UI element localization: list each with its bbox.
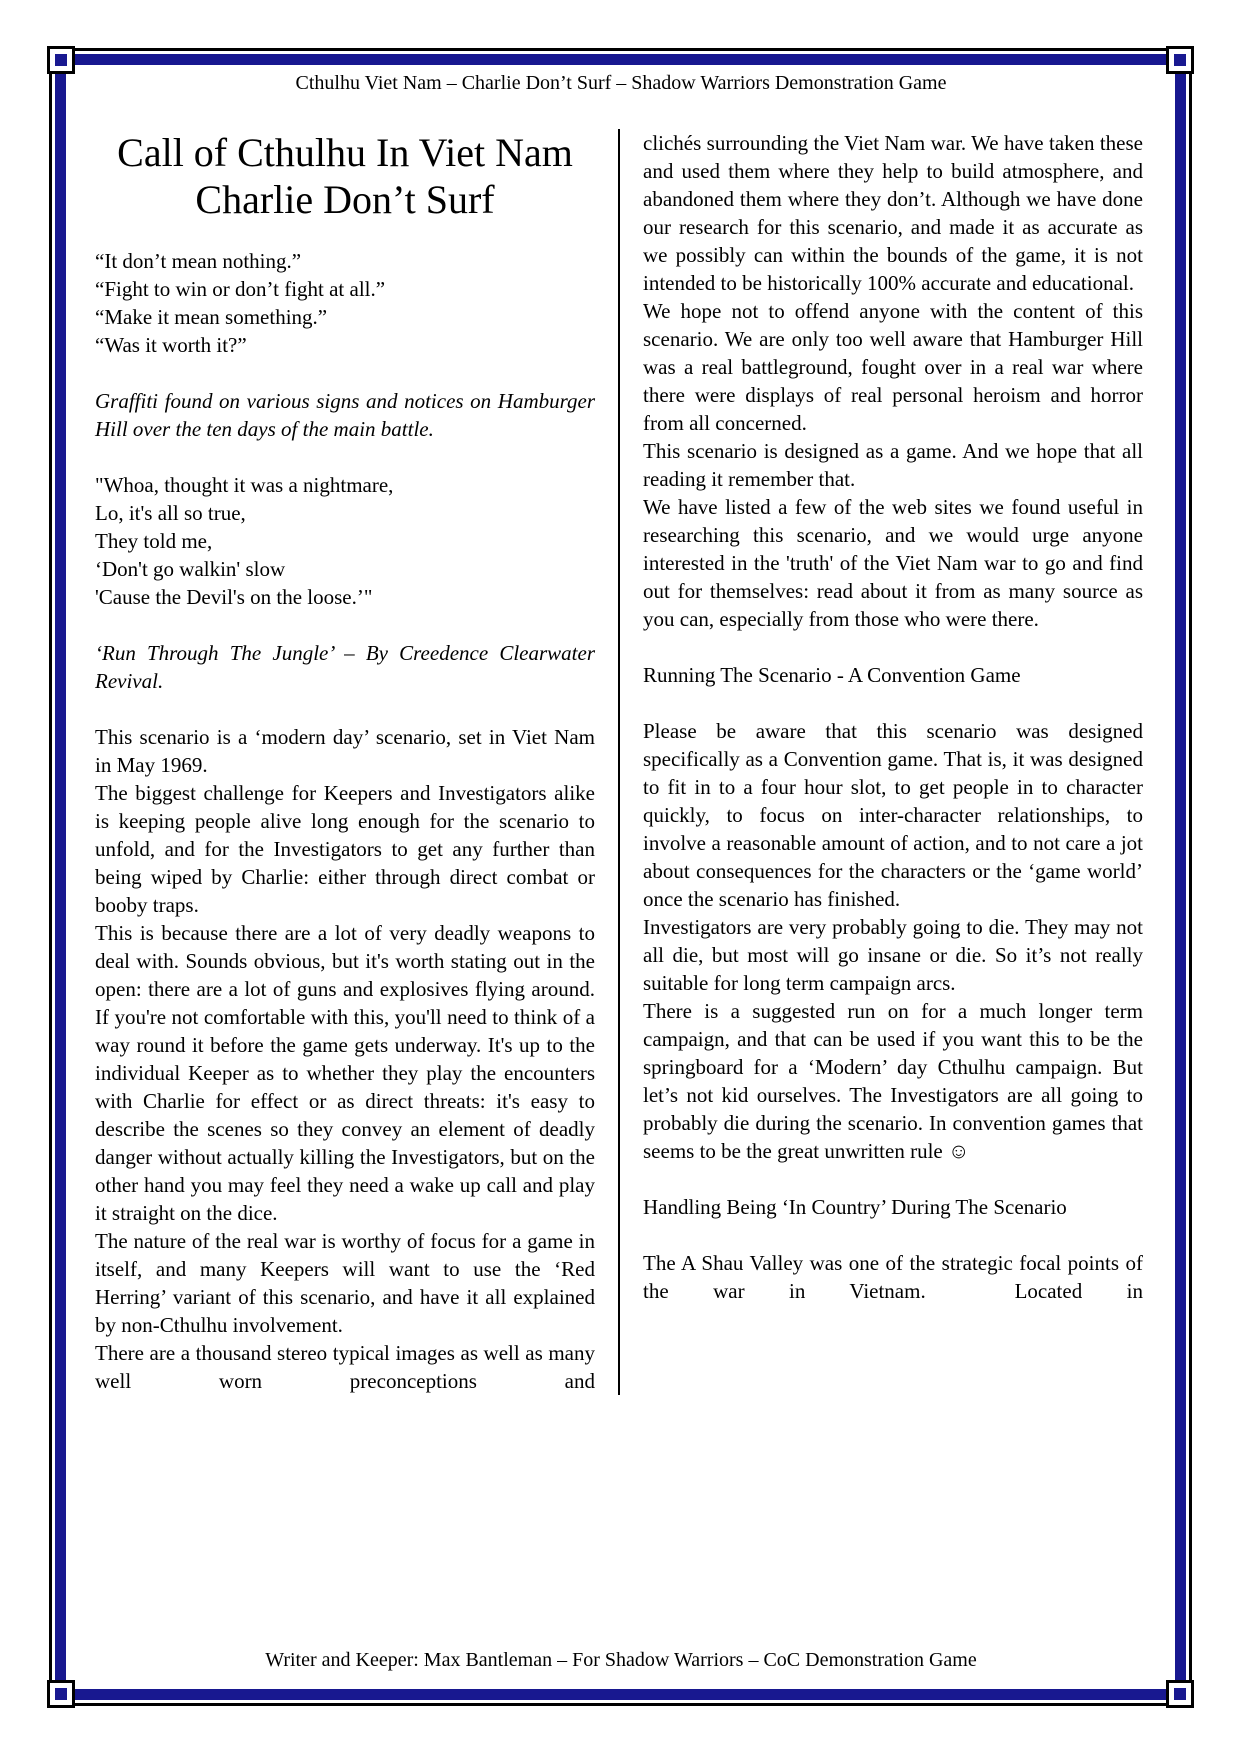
blank-line [643, 1221, 1143, 1249]
song-lyric-line: "Whoa, thought it was a nightmare, [95, 471, 595, 499]
border-corner-ornament-top-left [47, 46, 75, 74]
document-title-line2: Charlie Don’t Surf [95, 176, 595, 223]
blank-line [95, 695, 595, 723]
document-title-line1: Call of Cthulhu In Viet Nam [95, 129, 595, 176]
graffiti-caption: Graffiti found on various signs and noti… [95, 387, 595, 443]
graffiti-quote-line: “Make it mean something.” [95, 303, 595, 331]
paragraph: This scenario is designed as a game. And… [643, 437, 1143, 493]
blank-line [643, 689, 1143, 717]
paragraph: The A Shau Valley was one of the strateg… [643, 1249, 1143, 1305]
right-column: clichés surrounding the Viet Nam war. We… [643, 129, 1143, 1395]
page-footer: Writer and Keeper: Max Bantleman – For S… [0, 1648, 1242, 1672]
border-corner-ornament-top-right [1166, 46, 1194, 74]
graffiti-quote-line: “Was it worth it?” [95, 331, 595, 359]
section-heading-handling-in-country: Handling Being ‘In Country’ During The S… [643, 1193, 1143, 1221]
paragraph: Investigators are very probably going to… [643, 913, 1143, 997]
blank-line [95, 611, 595, 639]
graffiti-quote-line: “It don’t mean nothing.” [95, 247, 595, 275]
document-body: Call of Cthulhu In Viet Nam Charlie Don’… [95, 129, 1145, 1395]
paragraph: There is a suggested run on for a much l… [643, 997, 1143, 1165]
page-header: Cthulhu Viet Nam – Charlie Don’t Surf – … [0, 71, 1242, 95]
song-lyric-line: Lo, it's all so true, [95, 499, 595, 527]
song-attribution: ‘Run Through The Jungle’ – By Creedence … [95, 639, 595, 695]
paragraph: We have listed a few of the web sites we… [643, 493, 1143, 633]
paragraph: There are a thousand stereo typical imag… [95, 1339, 595, 1395]
song-lyric-line: 'Cause the Devil's on the loose.’" [95, 583, 595, 611]
section-heading-running-the-scenario: Running The Scenario - A Convention Game [643, 661, 1143, 689]
song-lyric-line: They told me, [95, 527, 595, 555]
blank-line [643, 633, 1143, 661]
paragraph: Please be aware that this scenario was d… [643, 717, 1143, 913]
song-lyric-line: ‘Don't go walkin' slow [95, 555, 595, 583]
blank-line [95, 443, 595, 471]
paragraph: The nature of the real war is worthy of … [95, 1227, 595, 1339]
left-column: Call of Cthulhu In Viet Nam Charlie Don’… [95, 129, 595, 1395]
paragraph: clichés surrounding the Viet Nam war. We… [643, 129, 1143, 297]
paragraph: The biggest challenge for Keepers and In… [95, 779, 595, 919]
border-corner-ornament-bottom-right [1166, 1680, 1194, 1708]
blank-line [643, 1165, 1143, 1193]
document-title: Call of Cthulhu In Viet Nam Charlie Don’… [95, 129, 595, 223]
paragraph: We hope not to offend anyone with the co… [643, 297, 1143, 437]
paragraph: This scenario is a ‘modern day’ scenario… [95, 723, 595, 779]
graffiti-quote-line: “Fight to win or don’t fight at all.” [95, 275, 595, 303]
paragraph: This is because there are a lot of very … [95, 919, 595, 1227]
blank-line [95, 359, 595, 387]
border-corner-ornament-bottom-left [47, 1680, 75, 1708]
column-divider [618, 129, 620, 1395]
